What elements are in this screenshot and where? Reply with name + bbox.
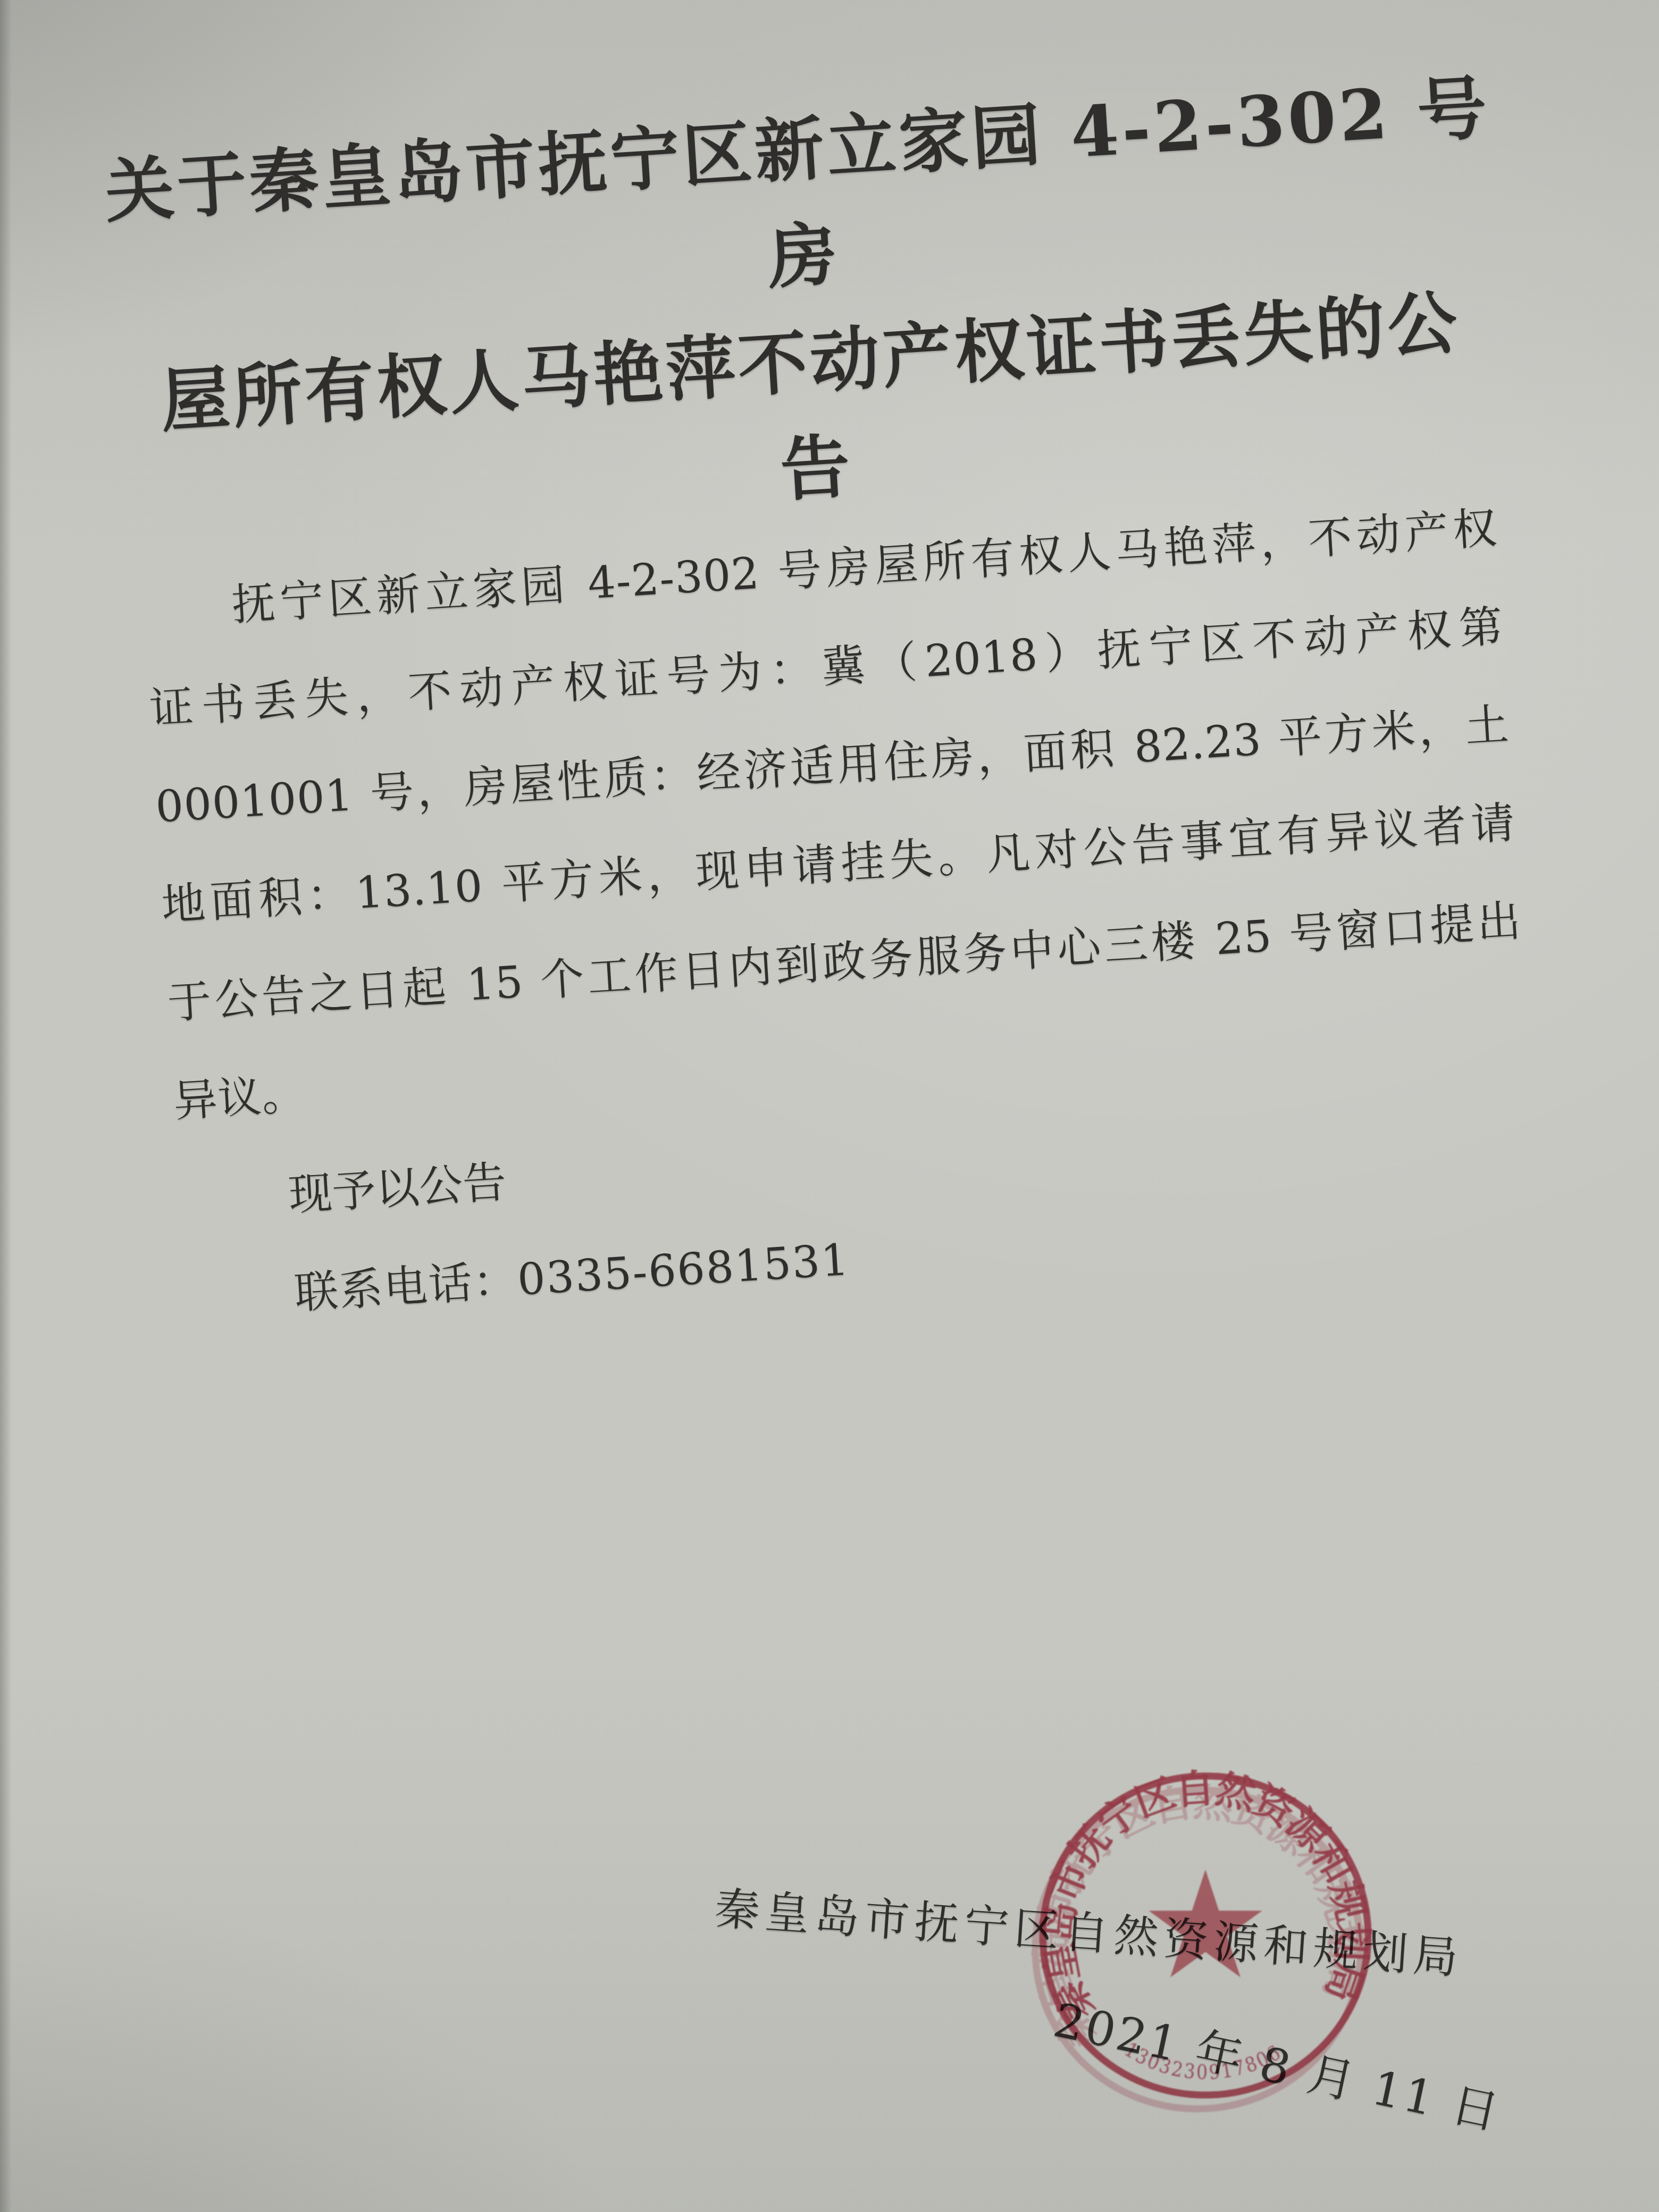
seal-star-icon [1149, 1870, 1262, 1978]
document-photo: 关于秦皇岛市抚宁区新立家园 4-2-302 号房 屋所有权人马艳萍不动产权证书丢… [0, 0, 1659, 2212]
svg-text:1303230917806: 1303230917806 [1120, 2038, 1286, 2084]
seal-serial-number: 1303230917806 [1120, 2038, 1286, 2084]
notice-title: 关于秦皇岛市抚宁区新立家园 4-2-302 号房 屋所有权人马艳萍不动产权证书丢… [99, 54, 1515, 564]
body-paragraph: 抚宁区新立家园 4-2-302 号房屋所有权人马艳萍，不动产权 证书丢失，不动产… [141, 479, 1530, 1151]
official-seal: 秦皇岛市抚宁区自然资源和规划局 秦皇岛市抚宁区自然资源和规划局 13032309… [1030, 1764, 1381, 2131]
notice-document: 关于秦皇岛市抚宁区新立家园 4-2-302 号房 屋所有权人马艳萍不动产权证书丢… [99, 54, 1568, 1423]
closing-line: 现予以公告 [286, 1135, 509, 1244]
